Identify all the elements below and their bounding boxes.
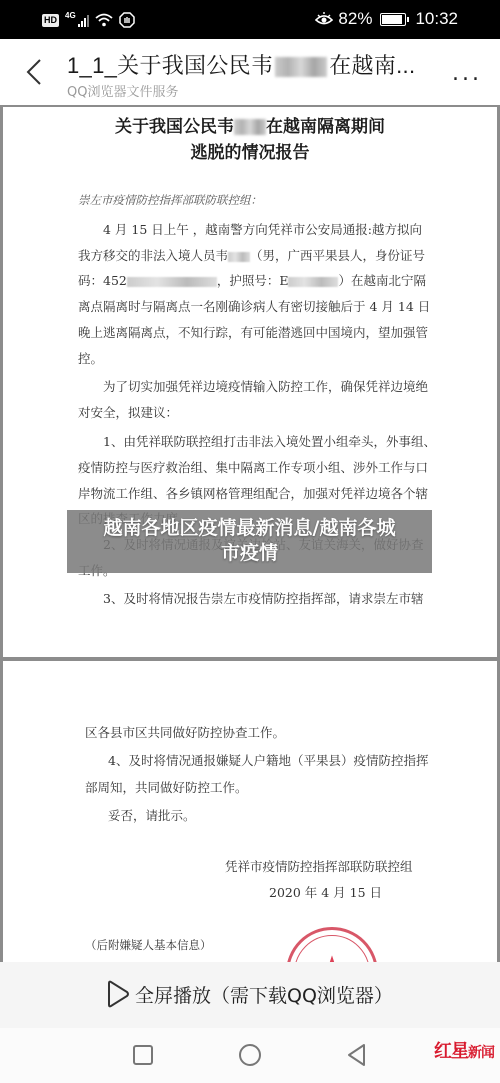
status-right-icons: 82% 10:32	[315, 8, 458, 30]
doc-attachment-note: （后附嫌疑人基本信息）	[85, 937, 212, 953]
doc-date: 2020 年 4 月 15 日	[269, 883, 382, 901]
doc-line: 妥否，请批示。	[108, 806, 196, 824]
watermark-logo: 红星新闻	[434, 1037, 494, 1063]
home-circle-icon[interactable]	[238, 1043, 262, 1067]
doc-heading-line1: 关于我国公民韦在越南隔离期间	[3, 112, 497, 137]
back-triangle-icon[interactable]	[345, 1043, 369, 1067]
doc-line: 岸物流工作组、各乡镇网格管理组配合，加强对凭祥边境各个辖	[78, 484, 428, 502]
doc-line: 4、及时将情况通报嫌疑人户籍地（平果县）疫情防控指挥	[108, 751, 428, 769]
battery-percent: 82%	[338, 9, 372, 29]
document-page-2: 区各县市区共同做好防控协查工作。 4、及时将情况通报嫌疑人户籍地（平果县）疫情防…	[3, 661, 497, 962]
doc-line: 我方移交的非法入境人员韦（男，广西平果县人，身份证号	[78, 246, 425, 264]
doc-line: 对安全，拟建议：	[78, 403, 178, 421]
doc-signature: 凭祥市疫情防控指挥部联防联控组	[225, 857, 413, 875]
hand-icon	[119, 12, 135, 28]
redacted-name	[275, 57, 327, 77]
hd-icon: HD	[42, 14, 59, 27]
signal-icon	[78, 14, 89, 27]
status-left-icons: HD 4G	[42, 10, 135, 30]
play-icon	[106, 980, 130, 1008]
eye-icon	[315, 12, 333, 26]
fullscreen-play-button[interactable]: 全屏播放（需下载QQ浏览器）	[106, 980, 393, 1008]
doc-salutation: 崇左市疫情防控指挥部联防联控组：	[78, 192, 262, 208]
more-options-button[interactable]: ...	[452, 61, 482, 86]
caption-line1: 越南各地区疫情最新消息/越南各城	[67, 516, 432, 541]
doc-line: 离点隔离时与隔离点一名刚确诊病人有密切接触后于 4 月 14 日	[78, 297, 430, 315]
page-title: 1_1_关于我国公民韦在越南...	[67, 49, 415, 80]
doc-line: 1、由凭祥联防联控组打击非法入境处置小组牵头，外事组、	[103, 432, 436, 450]
overlay-caption: 越南各地区疫情最新消息/越南各城 市疫情	[67, 510, 432, 573]
doc-line: 疫情防控与医疗救治组、集中隔离工作专项小组、涉外工作与口	[78, 458, 428, 476]
recents-square-icon[interactable]	[131, 1043, 155, 1067]
doc-line: 控。	[78, 349, 103, 367]
official-seal: ★ 联防联控组 4514811019362	[286, 927, 378, 962]
doc-line: 区各县市区共同做好防控协查工作。	[85, 723, 285, 741]
redacted-name	[234, 119, 266, 135]
doc-line: 4 月 15 日上午 ，越南警方向凭祥市公安局通报:越方拟向	[103, 220, 422, 238]
doc-line: 部周知，共同做好防控工作。	[85, 778, 248, 796]
battery-icon	[380, 13, 406, 26]
title-suffix: 在越南...	[329, 53, 415, 78]
network-type-label: 4G	[65, 11, 76, 20]
navigation-bar	[0, 1028, 500, 1083]
status-bar: HD 4G 82% 10:32	[0, 0, 500, 39]
doc-line: 晚上逃离隔离点，不知行踪，有可能潜逃回中国境内，望加强管	[78, 323, 428, 341]
doc-line: 为了切实加强凭祥边境疫情输入防控工作，确保凭祥边境绝	[103, 377, 428, 395]
doc-line: 码：452，护照号：E）在越南北宁隔	[78, 271, 426, 289]
title-prefix: 1_1_关于我国公民韦	[67, 53, 273, 78]
star-icon: ★	[289, 952, 375, 962]
doc-heading-line2: 逃脱的情况报告	[3, 138, 497, 163]
document-page-1: 关于我国公民韦在越南隔离期间 逃脱的情况报告 崇左市疫情防控指挥部联防联控组： …	[3, 107, 497, 657]
clock: 10:32	[415, 9, 458, 29]
page-subtitle: QQ浏览器文件服务	[67, 81, 178, 100]
action-bar: 全屏播放（需下载QQ浏览器）	[0, 962, 500, 1028]
doc-line: 3、及时将情况报告崇左市疫情防控指挥部，请求崇左市辖	[103, 589, 423, 607]
caption-line2: 市疫情	[67, 541, 432, 566]
chevron-left-icon[interactable]	[20, 54, 48, 90]
wifi-icon	[95, 13, 113, 27]
fullscreen-label: 全屏播放（需下载QQ浏览器）	[135, 981, 393, 1008]
app-header: 1_1_关于我国公民韦在越南... QQ浏览器文件服务 ...	[0, 39, 500, 105]
